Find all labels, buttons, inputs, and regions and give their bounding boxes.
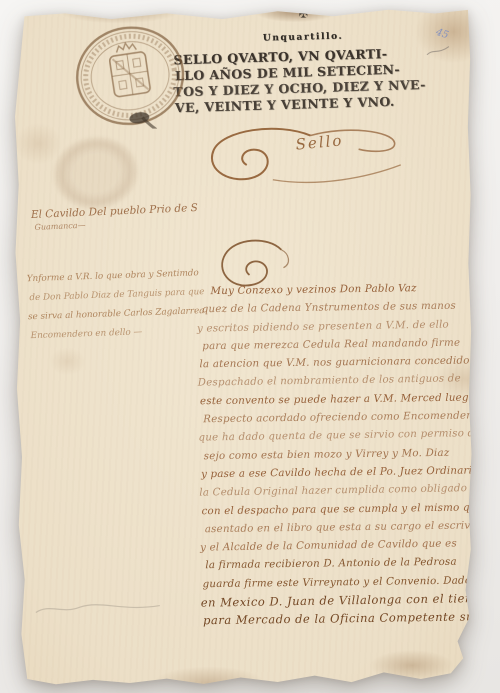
manuscript-page: ✠ Unquartillo. SELLO QVARTO, VN QVARTI-L…: [10, 4, 477, 688]
folio-number: 45: [434, 27, 449, 41]
printed-stamp-text: SELLO QVARTO, VN QVARTI-LLO AÑOS DE MIL …: [173, 45, 425, 116]
stamp-small-title: Unquartillo.: [263, 32, 344, 44]
photo-backdrop: ✠ Unquartillo. SELLO QVARTO, VN QVARTI-L…: [0, 0, 500, 693]
pencil-squiggle: [32, 599, 164, 620]
manuscript-line: sejo como esta bien mozo y Virrey y Mo. …: [204, 443, 480, 465]
manuscript-body-text: Muy Conzexo y vezinos Don Pablo Vazquez …: [198, 278, 479, 629]
ink-scratch-mark: [424, 43, 452, 59]
royal-seal-svg: [72, 22, 189, 129]
printed-cross-ornament-icon: ✠: [299, 8, 308, 21]
royal-coat-of-arms-seal-icon: [72, 22, 189, 129]
side-annotation: Ynforme a V.R. lo que obra y Sentimdode …: [26, 263, 225, 346]
manuscript-line: para Mercado de la Oficina Competente su…: [203, 608, 479, 630]
rubric-flourish: [206, 123, 404, 190]
